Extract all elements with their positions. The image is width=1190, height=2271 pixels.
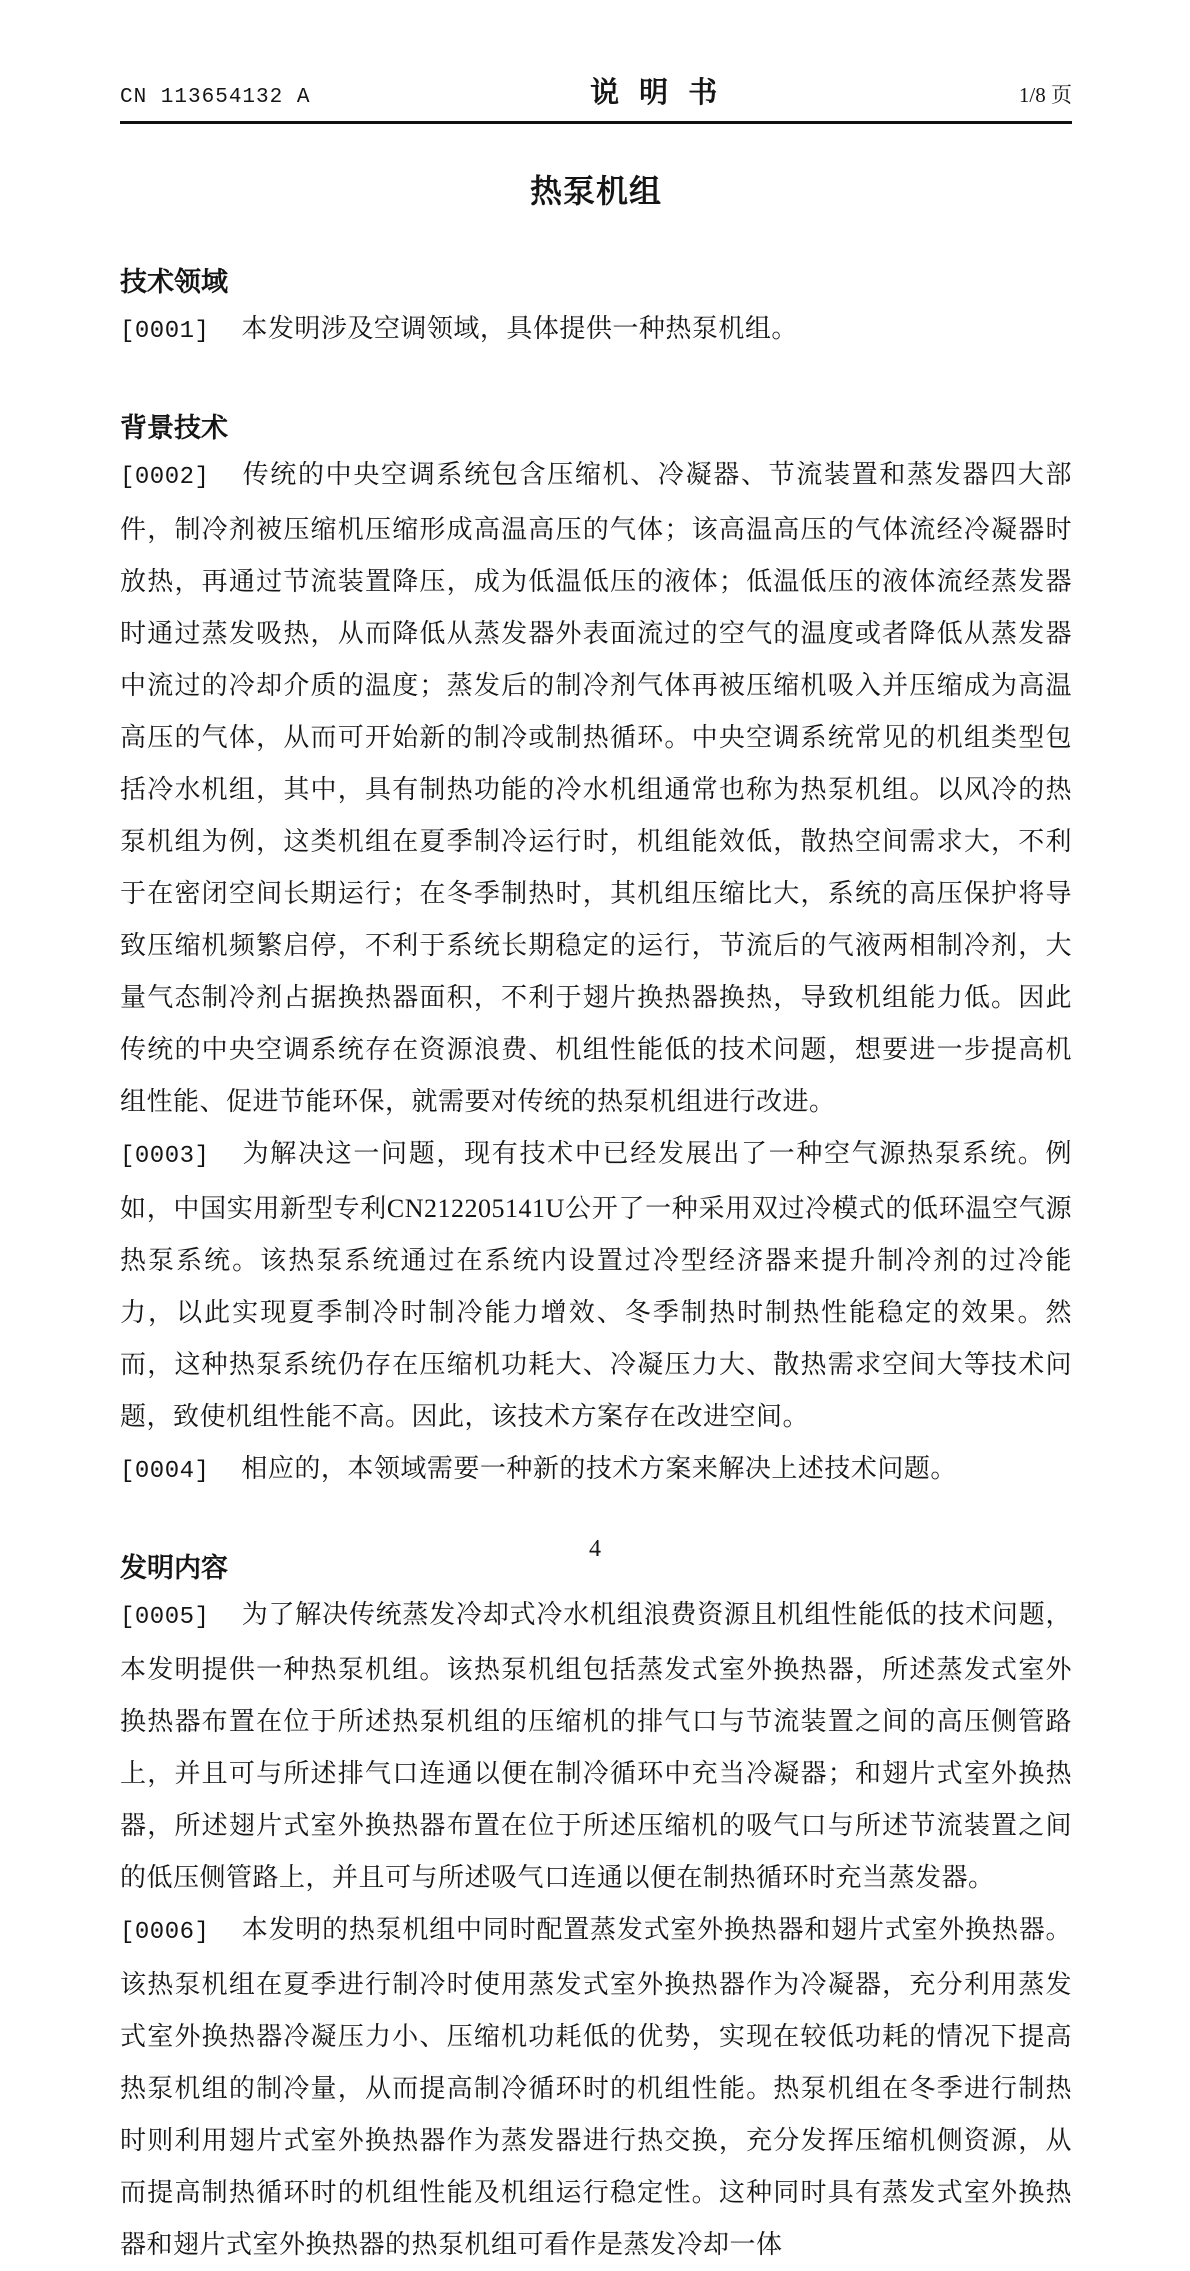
paragraph-number: [0003] [120, 1143, 209, 1170]
paragraph-0005: [0005]为了解决传统蒸发冷却式冷水机组浪费资源且机组性能低的技术问题，本发明… [120, 1589, 1072, 1904]
paragraph-text: 本发明涉及空调领域，具体提供一种热泵机组。 [241, 314, 798, 343]
paragraph-text: 传统的中央空调系统包含压缩机、冷凝器、节流装置和蒸发器四大部件，制冷剂被压缩机压… [120, 460, 1072, 1116]
paragraph-text: 为了解决传统蒸发冷却式冷水机组浪费资源且机组性能低的技术问题，本发明提供一种热泵… [120, 1600, 1072, 1892]
paragraph-number: [0002] [120, 464, 209, 491]
paragraph-number: [0004] [120, 1458, 209, 1485]
document-type-title: 说 明 书 [590, 70, 723, 111]
paragraph-number: [0005] [120, 1604, 209, 1631]
paragraph-0003: [0003]为解决这一问题，现有技术中已经发展出了一种空气源热泵系统。例如，中国… [120, 1128, 1072, 1443]
publication-number: CN 113654132 A [120, 86, 310, 109]
paragraph-text: 本发明的热泵机组中同时配置蒸发式室外换热器和翅片式室外换热器。该热泵机组在夏季进… [120, 1915, 1072, 2259]
section-heading-background: 背景技术 [120, 406, 1072, 445]
paragraph-0004: [0004]相应的，本领域需要一种新的技术方案来解决上述技术问题。 [120, 1443, 1072, 1498]
paragraph-0002: [0002]传统的中央空调系统包含压缩机、冷凝器、节流装置和蒸发器四大部件，制冷… [120, 449, 1072, 1128]
page-number-footer: 4 [0, 1536, 1190, 1563]
invention-title: 热泵机组 [120, 166, 1072, 212]
paragraph-number: [0006] [120, 1919, 209, 1946]
paragraph-text: 相应的，本领域需要一种新的技术方案来解决上述技术问题。 [241, 1454, 957, 1483]
patent-description-page: CN 113654132 A 说 明 书 1/8 页 热泵机组 技术领域 [00… [0, 0, 1190, 1684]
section-heading-technical-field: 技术领域 [120, 260, 1072, 299]
paragraph-0001: [0001]本发明涉及空调领域，具体提供一种热泵机组。 [120, 303, 1072, 358]
paragraph-text: 为解决这一问题，现有技术中已经发展出了一种空气源热泵系统。例如，中国实用新型专利… [120, 1139, 1072, 1431]
paragraph-number: [0001] [120, 318, 209, 345]
paragraph-0006: [0006]本发明的热泵机组中同时配置蒸发式室外换热器和翅片式室外换热器。该热泵… [120, 1904, 1072, 2271]
page-header: CN 113654132 A 说 明 书 1/8 页 [120, 70, 1072, 124]
page-indicator: 1/8 页 [1019, 79, 1072, 109]
